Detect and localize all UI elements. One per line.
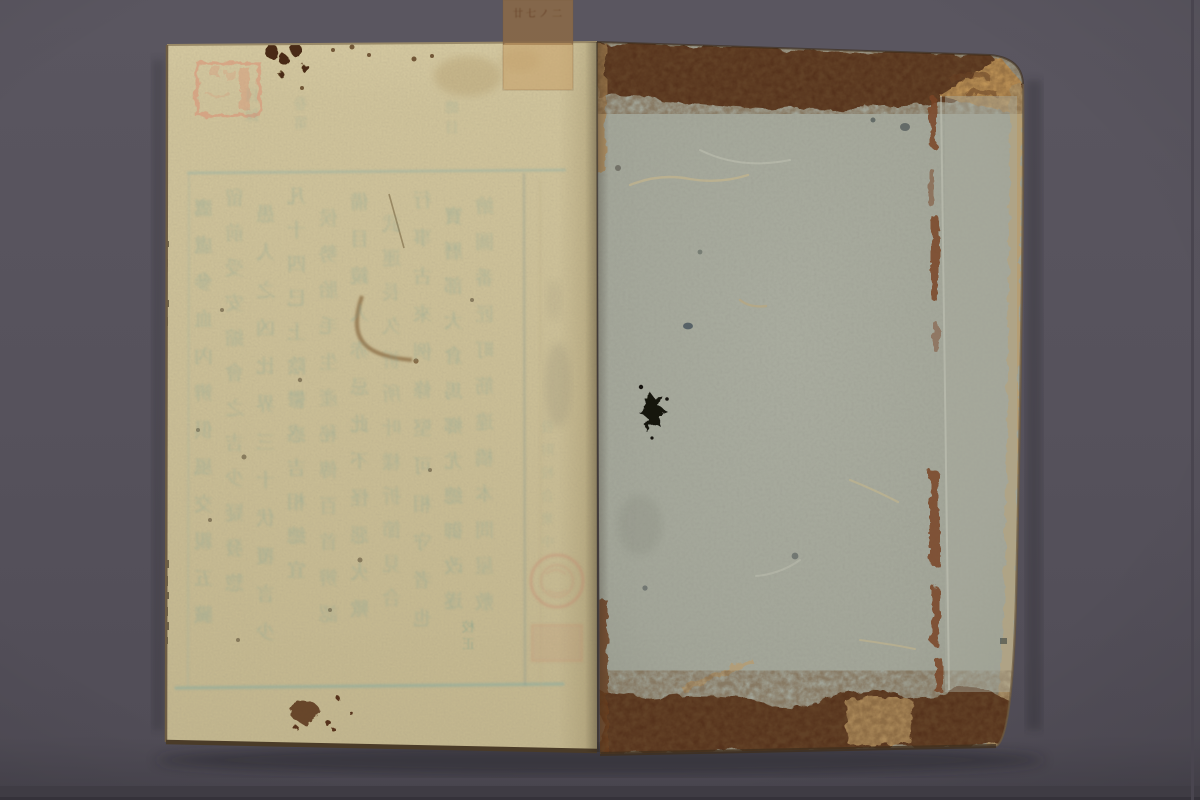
index-tab [503,0,573,90]
book-photo-rendering [0,0,1200,800]
spine-seam [585,42,609,752]
rect-seal-stamp [532,625,582,661]
right-cover [588,30,1040,765]
photo-of-antique-book: 目録 卷第 總目 鷹盧參血內辨俱風交親五臟 留前受安縮會之吉少疑發惣 愚人之凶比… [0,0,1200,800]
left-page [160,35,605,760]
